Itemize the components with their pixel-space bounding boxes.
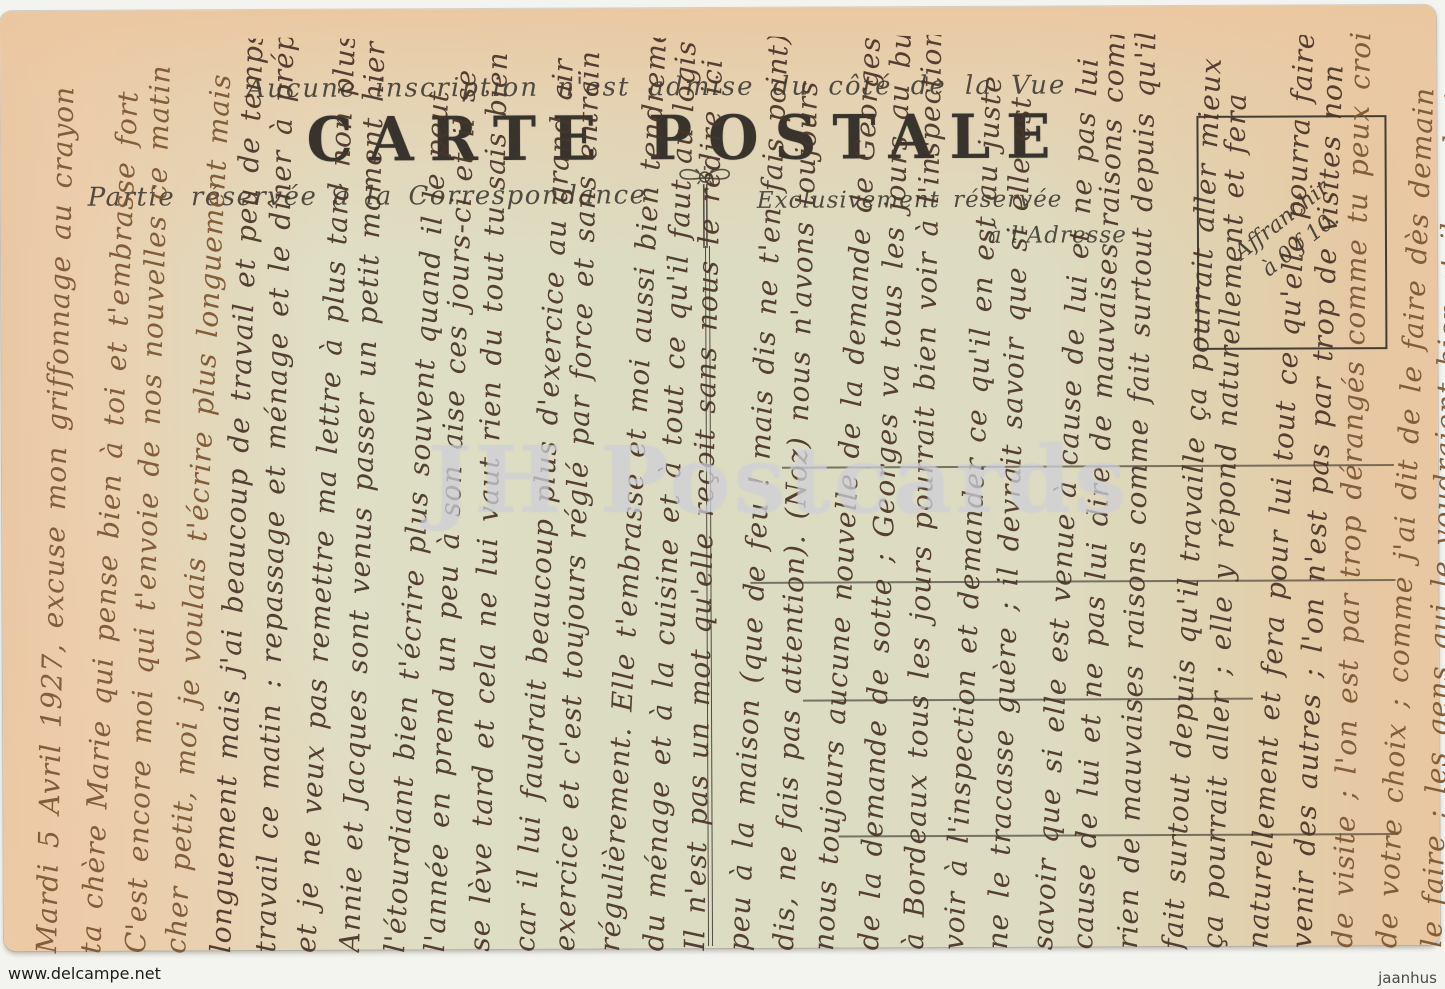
postcard-scan: Aucune inscription n'est admise du côté … — [0, 0, 1445, 989]
handwriting-layer: Mardi 5 Avril 1927, excuse mon griffonna… — [0, 5, 1436, 11]
jaanhus-watermark-text: jaanhus — [1378, 969, 1437, 987]
delcampe-watermark-text: www.delcampe.net — [8, 964, 161, 983]
watermark-text: JH Postcards — [428, 426, 1129, 534]
address-lines — [0, 5, 1436, 11]
